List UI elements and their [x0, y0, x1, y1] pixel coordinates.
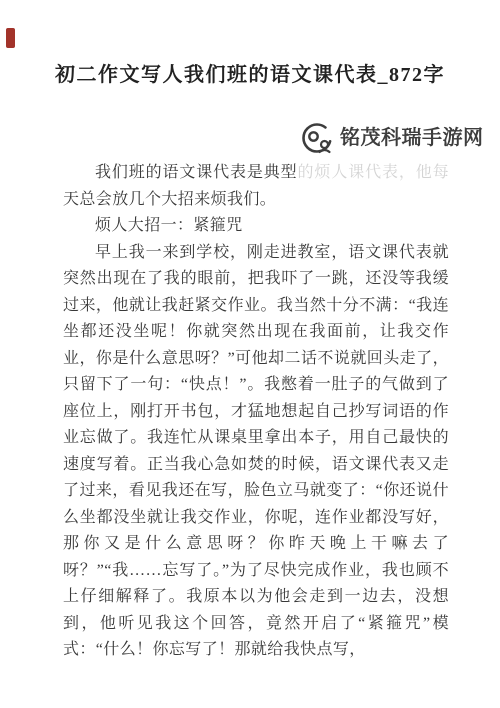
article-body: 我们班的语文课代表是典型的烦人课代表，他每天总会放几个大招来烦我们。 烦人大招一… [63, 160, 449, 664]
mascot-circle-icon [299, 120, 335, 156]
article-page: 初二作文写人我们班的语文课代表_872字 我们班的语文课代表是典型的烦人课代表，… [0, 0, 500, 708]
paragraph-subheading: 烦人大招一：紧箍咒 [63, 213, 449, 240]
site-watermark: 铭茂科瑞手游网 [297, 112, 483, 196]
paragraph-story: 早上我一来到学校，刚走进教室，语文课代表就突然出现在了我的眼前，把我吓了一跳，还… [63, 240, 449, 664]
article-title: 初二作文写人我们班的语文课代表_872字 [55, 56, 445, 94]
corner-red-marker [6, 28, 15, 48]
watermark-site-name: 铭茂科瑞手游网 [340, 120, 484, 156]
